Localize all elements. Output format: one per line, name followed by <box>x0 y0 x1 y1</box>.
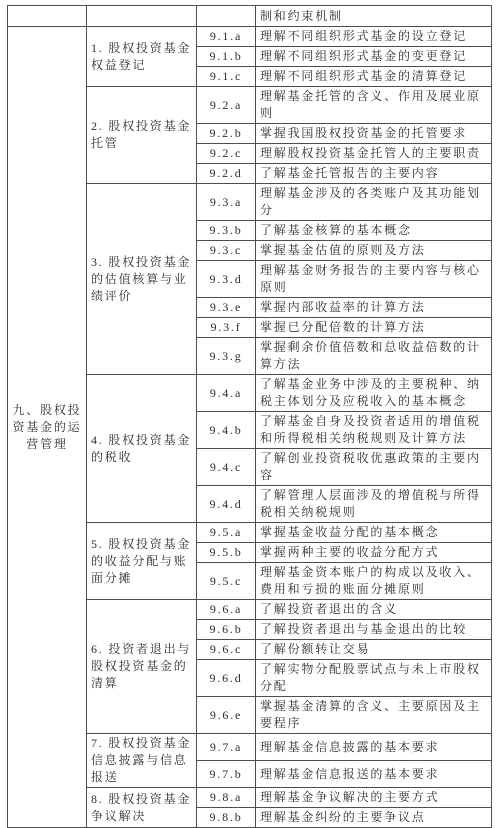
item-code-cell: 9.3.b <box>197 221 256 241</box>
syllabus-item-row: 九、股权投资基金的运营管理1. 股权投资基金权益登记9.1.a理解不同组织形式基… <box>8 27 492 47</box>
section-label-cell: 6. 投资者退出与股权投资基金的清算 <box>87 600 197 734</box>
item-desc-cell: 理解不同组织形式基金的清算登记 <box>256 67 492 87</box>
item-desc-cell: 理解股权投资基金托管人的主要职责 <box>256 144 492 164</box>
item-desc-cell: 掌握已分配倍数的计算方法 <box>256 318 492 338</box>
item-code-cell: 9.3.f <box>197 318 256 338</box>
item-desc-cell: 理解不同组织形式基金的变更登记 <box>256 47 492 67</box>
chapter-label-cell: 九、股权投资基金的运营管理 <box>8 27 87 761</box>
item-desc-cell: 理解不同组织形式基金的设立登记 <box>256 27 492 47</box>
item-code-cell: 9.3.e <box>197 298 256 318</box>
item-code-cell: 9.4.d <box>197 486 256 523</box>
item-desc-cell: 掌握基金估值的原则及方法 <box>256 241 492 261</box>
item-code-cell: 9.6.e <box>197 697 256 734</box>
item-code-cell: 9.4.c <box>197 449 256 486</box>
item-code-cell: 9.4.b <box>197 412 256 449</box>
item-desc-cell: 掌握内部收益率的计算方法 <box>256 298 492 318</box>
item-code-cell: 9.5.b <box>197 543 256 563</box>
item-desc-cell: 理解基金信息披露的基本要求 <box>256 734 492 761</box>
item-code-cell: 9.5.c <box>197 563 256 600</box>
section-label-cell: 2. 股权投资基金托管 <box>87 87 197 184</box>
section-label-cell: 5. 股权投资基金的收益分配与账面分摊 <box>87 523 197 600</box>
item-desc-cell: 了解管理人层面涉及的增值税与所得税相关纳税规则 <box>256 486 492 523</box>
item-desc-cell: 了解投资者退出的含义 <box>256 600 492 620</box>
item-desc-cell: 了解份额转让交易 <box>256 640 492 660</box>
item-code-cell: 9.1.c <box>197 67 256 87</box>
item-code-cell: 9.4.a <box>197 375 256 412</box>
section-label-cell: 4. 股权投资基金的税收 <box>87 375 197 523</box>
item-code-cell: 9.2.c <box>197 144 256 164</box>
carryover-row: 制和约束机制 <box>8 6 492 27</box>
item-code-cell: 9.2.d <box>197 164 256 184</box>
syllabus-table-body: 制和约束机制 九、股权投资基金的运营管理1. 股权投资基金权益登记9.1.a理解… <box>8 6 492 761</box>
item-desc-cell: 了解创业投资税收优惠政策的主要内容 <box>256 449 492 486</box>
item-desc-cell: 了解实物分配股票试点与未上市股权分配 <box>256 660 492 697</box>
syllabus-table: 制和约束机制 九、股权投资基金的运营管理1. 股权投资基金权益登记9.1.a理解… <box>7 5 492 760</box>
item-desc-cell: 掌握剩余价值倍数和总收益倍数的计算方法 <box>256 338 492 375</box>
document-page: 制和约束机制 九、股权投资基金的运营管理1. 股权投资基金权益登记9.1.a理解… <box>7 5 492 760</box>
item-code-cell: 9.2.a <box>197 87 256 124</box>
item-code-cell: 9.6.a <box>197 600 256 620</box>
item-code-cell: 9.3.g <box>197 338 256 375</box>
section-label-cell: 1. 股权投资基金权益登记 <box>87 27 197 87</box>
item-desc-cell: 理解基金资本账户的构成以及收入、费用和亏损的账面分摊原则 <box>256 563 492 600</box>
item-code-cell: 9.5.a <box>197 523 256 543</box>
item-desc-cell: 了解基金核算的基本概念 <box>256 221 492 241</box>
item-desc-cell: 掌握基金收益分配的基本概念 <box>256 523 492 543</box>
item-code-cell: 9.3.d <box>197 261 256 298</box>
section-label-cell: 7. 股权投资基金信息披露与信息报送 <box>87 734 197 761</box>
carryover-empty-cell-3 <box>197 6 256 27</box>
item-code-cell: 9.3.c <box>197 241 256 261</box>
item-desc-cell: 了解基金托管报告的主要内容 <box>256 164 492 184</box>
item-desc-cell: 理解基金托管的含义、作用及展业原则 <box>256 87 492 124</box>
section-label-cell: 3. 股权投资基金的估值核算与业绩评价 <box>87 184 197 375</box>
item-code-cell: 9.6.c <box>197 640 256 660</box>
item-code-cell: 9.7.a <box>197 734 256 761</box>
item-desc-cell: 掌握基金清算的含义、主要原因及主要程序 <box>256 697 492 734</box>
item-desc-cell: 理解基金涉及的各类账户及其功能划分 <box>256 184 492 221</box>
item-desc-cell: 了解投资者退出与基金退出的比较 <box>256 620 492 640</box>
item-code-cell: 9.1.b <box>197 47 256 67</box>
item-desc-cell: 了解基金自身及投资者适用的增值税和所得税相关纳税规则及计算方法 <box>256 412 492 449</box>
item-code-cell: 9.3.a <box>197 184 256 221</box>
carryover-empty-cell-2 <box>87 6 197 27</box>
item-desc-cell: 掌握我国股权投资基金的托管要求 <box>256 124 492 144</box>
item-desc-cell: 掌握两种主要的收益分配方式 <box>256 543 492 563</box>
carryover-empty-cell-1 <box>8 6 87 27</box>
carryover-text-cell: 制和约束机制 <box>256 6 492 27</box>
item-code-cell: 9.1.a <box>197 27 256 47</box>
item-code-cell: 9.2.b <box>197 124 256 144</box>
item-desc-cell: 理解基金财务报告的主要内容与核心原则 <box>256 261 492 298</box>
item-code-cell: 9.6.b <box>197 620 256 640</box>
item-desc-cell: 了解基金业务中涉及的主要税种、纳税主体划分及应税收入的基本概念 <box>256 375 492 412</box>
item-code-cell: 9.6.d <box>197 660 256 697</box>
